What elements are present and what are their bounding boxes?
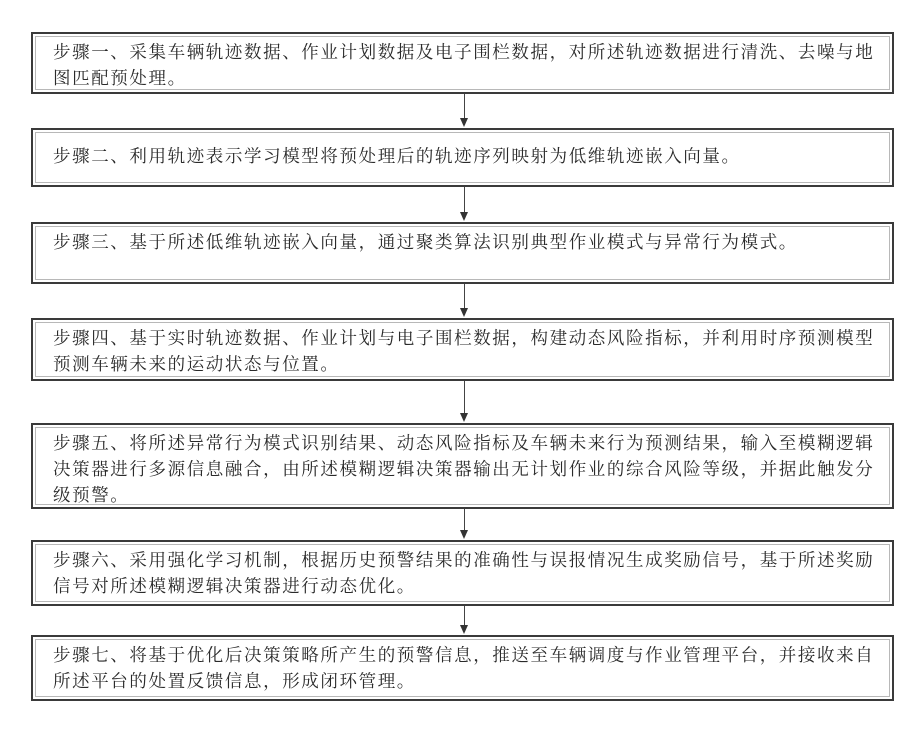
step-box-1: 步骤一、采集车辆轨迹数据、作业计划数据及电子围栏数据，对所述轨迹数据进行清洗、去… (31, 32, 894, 94)
arrow-4-to-5 (463, 381, 466, 423)
step-text: 步骤五、将所述异常行为模式识别结果、动态风险指标及车辆未来行为预测结果，输入至模… (53, 431, 880, 509)
flowchart: 步骤一、采集车辆轨迹数据、作业计划数据及电子围栏数据，对所述轨迹数据进行清洗、去… (0, 0, 919, 743)
arrow-shaft (464, 94, 465, 119)
arrow-5-to-6 (463, 509, 466, 540)
arrow-shaft (464, 509, 465, 531)
step-box-6: 步骤六、采用强化学习机制，根据历史预警结果的准确性与误报情况生成奖励信号，基于所… (31, 540, 894, 606)
step-box-2: 步骤二、利用轨迹表示学习模型将预处理后的轨迹序列映射为低维轨迹嵌入向量。 (31, 128, 894, 187)
arrow-shaft (464, 284, 465, 309)
step-box-4: 步骤四、基于实时轨迹数据、作业计划与电子围栏数据，构建动态风险指标，并利用时序预… (31, 318, 894, 381)
arrow-head-icon (460, 308, 468, 317)
arrow-3-to-4 (463, 284, 466, 318)
step-text: 步骤六、采用强化学习机制，根据历史预警结果的准确性与误报情况生成奖励信号，基于所… (53, 548, 880, 600)
arrow-head-icon (460, 530, 468, 539)
arrow-2-to-3 (463, 187, 466, 222)
step-box-3: 步骤三、基于所述低维轨迹嵌入向量，通过聚类算法识别典型作业模式与异常行为模式。 (31, 222, 894, 284)
arrow-shaft (464, 187, 465, 213)
arrow-head-icon (460, 413, 468, 422)
step-box-7: 步骤七、将基于优化后决策策略所产生的预警信息，推送至车辆调度与作业管理平台，并接… (31, 635, 894, 701)
step-text: 步骤二、利用轨迹表示学习模型将预处理后的轨迹序列映射为低维轨迹嵌入向量。 (53, 144, 880, 170)
arrow-shaft (464, 381, 465, 414)
step-box-5: 步骤五、将所述异常行为模式识别结果、动态风险指标及车辆未来行为预测结果，输入至模… (31, 423, 894, 509)
step-text: 步骤四、基于实时轨迹数据、作业计划与电子围栏数据，构建动态风险指标，并利用时序预… (53, 326, 880, 378)
arrow-6-to-7 (463, 606, 466, 635)
arrow-shaft (464, 606, 465, 626)
arrow-head-icon (460, 118, 468, 127)
arrow-head-icon (460, 625, 468, 634)
step-text: 步骤七、将基于优化后决策策略所产生的预警信息，推送至车辆调度与作业管理平台，并接… (53, 643, 880, 695)
arrow-head-icon (460, 212, 468, 221)
step-text: 步骤一、采集车辆轨迹数据、作业计划数据及电子围栏数据，对所述轨迹数据进行清洗、去… (53, 40, 880, 92)
step-text: 步骤三、基于所述低维轨迹嵌入向量，通过聚类算法识别典型作业模式与异常行为模式。 (53, 230, 880, 256)
arrow-1-to-2 (463, 94, 466, 128)
